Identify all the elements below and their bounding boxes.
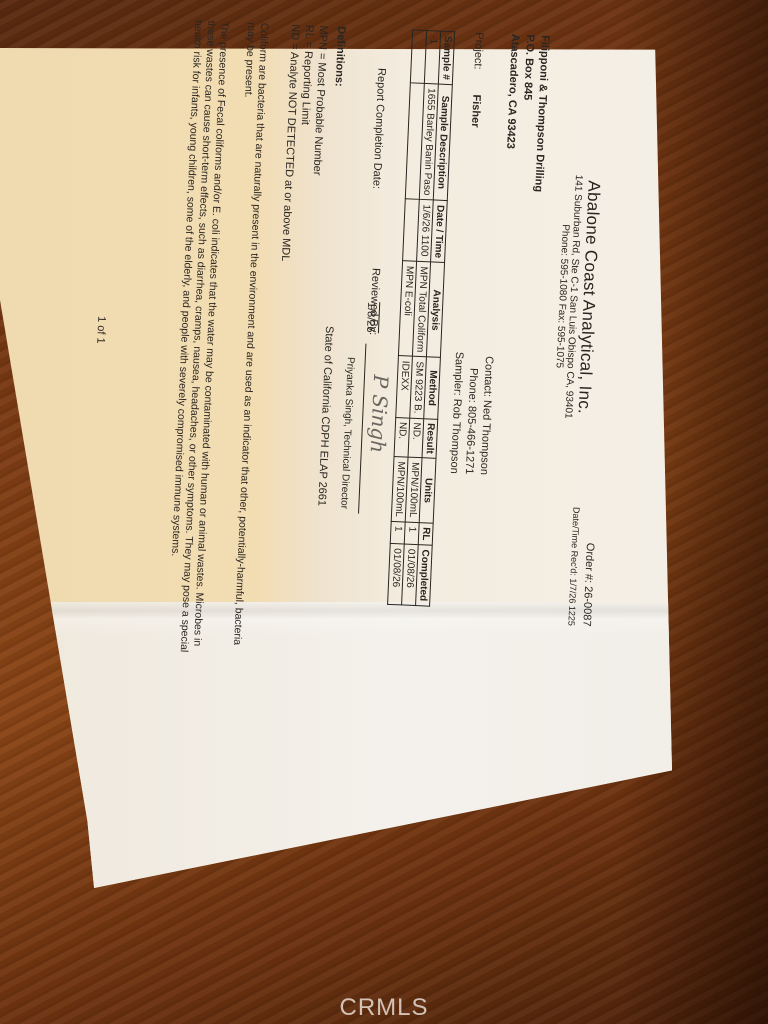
reviewed-by: Reviewed By: P Singh bbox=[358, 268, 382, 515]
col-method: Method bbox=[424, 357, 441, 419]
lab-report-content: Abalone Coast Analytical, Inc. 141 Subur… bbox=[43, 14, 610, 677]
order-number: 26-0087 bbox=[580, 586, 594, 627]
received-label: Date/Time Rec'd: bbox=[569, 507, 582, 576]
certification: State of California CDPH ELAP 2661 bbox=[315, 326, 335, 507]
order-label: Order #: bbox=[582, 543, 596, 584]
reviewed-label: Reviewed By: bbox=[367, 268, 382, 336]
page-number: 1 of 1 bbox=[94, 316, 107, 344]
signature-line: P Singh bbox=[358, 344, 378, 514]
col-date-time: Date / Time bbox=[431, 200, 448, 263]
col-result: Result bbox=[422, 418, 438, 458]
reviewer-name: Priyanka Singh, Technical Director bbox=[338, 357, 356, 509]
signature: P Singh bbox=[366, 374, 393, 453]
col-sample-number: Sample # bbox=[438, 31, 454, 84]
definitions: Definitions: MPN = Most Probable Number … bbox=[278, 24, 348, 264]
project-value: Fisher bbox=[469, 94, 482, 128]
results-table: Sample # Sample Description Date / Time … bbox=[387, 29, 455, 606]
client-address: Filipponi & Thompson Drilling P.O. Box 8… bbox=[500, 34, 552, 193]
order-info: Order #: 26-0087 Date/Time Rec'd: 1/7/26… bbox=[566, 507, 597, 627]
completion-label: Report Completion Date: bbox=[370, 68, 387, 189]
col-completed: Completed bbox=[416, 545, 433, 606]
crmls-watermark: CRMLS bbox=[0, 994, 768, 1022]
contact-info: Contact: Ned Thompson Phone: 805-466-127… bbox=[446, 351, 496, 475]
col-rl: RL bbox=[418, 522, 433, 545]
project-label: Project: bbox=[472, 32, 486, 70]
project-line: Project:Fisher bbox=[469, 32, 485, 128]
received-value: 1/7/26 1225 bbox=[566, 578, 578, 626]
col-units: Units bbox=[419, 458, 436, 523]
